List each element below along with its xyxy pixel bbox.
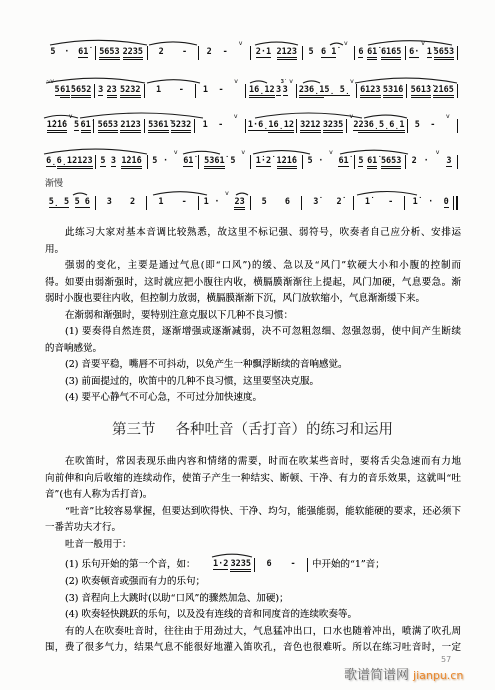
note-group: 1·2 [213, 560, 228, 570]
note-group: 5232 [120, 86, 140, 98]
note-group: 3 [107, 198, 112, 207]
note-group: 2 [412, 157, 417, 166]
breath-mark-icon: v [329, 149, 333, 155]
note-group: 6 1̇ [321, 48, 336, 58]
note-group: 61̇ [81, 121, 91, 133]
text-line: 得。如要由弱渐强时，这时就应把小腹往内收，横膈膜渐渐往上提起，风门加硬，气息要急… [45, 275, 461, 292]
slur-layer [0, 107, 495, 119]
measure: 5361̇5v [199, 155, 251, 169]
measure: 2·12123 [251, 46, 303, 60]
slur-arc-icon [357, 192, 417, 196]
score-row-2: ~v561̇565232352321-1-v16̣1233̇3v236̣15̣ … [44, 84, 458, 100]
note-group: 2123 [277, 48, 297, 60]
note-group: · [424, 157, 429, 166]
note-group: 5 [308, 157, 313, 166]
slur-arc-icon [46, 78, 145, 83]
note-group: 61̇ [78, 48, 88, 58]
measure: 2·v3 [406, 155, 458, 169]
list-item: (4) 要平心静气不可心急，不可过分加快速度。 [45, 390, 461, 407]
note-group: 3235 [230, 560, 250, 572]
measure: 1·v23 [199, 196, 251, 210]
note-group: 23 [358, 121, 368, 133]
slur-arc-icon [330, 43, 343, 45]
measure: 6- [255, 558, 308, 572]
note-group: 3 [446, 157, 451, 167]
slur-layer [0, 143, 495, 155]
measure: 3̇2̇ [302, 196, 354, 210]
dash-extension: - [182, 48, 187, 57]
note-group: 6 [358, 48, 363, 58]
note-group: 6 [266, 560, 271, 569]
measure: 3235232 [95, 84, 146, 98]
note-group: 61̇ [367, 157, 377, 169]
note-group: 2̇165 [433, 86, 453, 98]
text-line: 有的人在吹奏吐音时，往往由于用劲过大，气息猛冲出口，口水也随着冲出，喷满了吹孔周 [45, 624, 461, 641]
measure: 1-v [195, 119, 245, 133]
measure: 5̣ 55 6 [44, 196, 96, 210]
note-group: 5232 [171, 121, 191, 133]
note-group: 61̇ [367, 48, 377, 60]
note-group: 5653 [434, 48, 454, 60]
text-line: 音”(也有人称为舌打音)。 [45, 487, 461, 504]
text-line: 此练习大家对基本音调比较熟悉，故这里不标记强、弱符号，吹奏者自己应分析、安排运 [45, 225, 461, 242]
note-group: 1̇2̇1̇6 [277, 157, 297, 169]
note-group: 3 [111, 157, 116, 167]
breath-mark-icon: v [234, 78, 238, 84]
score-row-1: 5·61̇565322352-2-v2·1212356 1̇v661̇61656… [44, 46, 458, 62]
measure: 6123531̇6 [357, 84, 408, 98]
breath-mark-icon: v [349, 113, 353, 119]
measure: 5·v61̇ [148, 155, 200, 169]
text-line: 在吹笛时，常因表现乐曲内容和情绪的需要，时而在吹某些音时，要将舌尖急速而有力地 [45, 454, 461, 471]
list-item: (2) 音要平稳，嘴唇不可抖动，以免产生一种飘浮断续的音响感觉。 [45, 357, 461, 374]
text-line: 在渐弱和渐强时，要特别注意克服以下几种不良习惯： [45, 308, 461, 325]
note-group: 16̣12 [268, 121, 294, 133]
breath-mark-icon: ~v [46, 78, 54, 84]
slur-arc-icon [44, 115, 78, 118]
measure: 5·v61̇ [303, 155, 355, 169]
note-group: 6123 [360, 86, 380, 98]
note-group: 16̣12 [249, 86, 275, 98]
measure: 56 [251, 196, 303, 210]
breath-mark-icon: v [234, 113, 238, 119]
note-group: 1̇2̇1̇6 [121, 157, 141, 169]
note-group: 5652 [71, 86, 91, 98]
measure-final-barline: 1̇·0 [405, 196, 458, 210]
note-group: 6 [285, 198, 290, 207]
text-line: 吐音一般用于： [45, 537, 461, 554]
dash-extension: - [179, 86, 184, 95]
slur-arc-icon [364, 115, 407, 118]
note-group: · [214, 198, 219, 207]
note-group: 5653 [381, 157, 401, 169]
measure: 531̇2̇1̇6 [96, 155, 148, 169]
breath-mark-icon: v [350, 78, 354, 84]
note-group: 2 [159, 48, 164, 57]
note-group: 5653 [98, 121, 118, 133]
breath-mark-icon: v [69, 113, 73, 119]
section-title: 各种吐音（舌打音）的练习和运用 [176, 422, 394, 438]
slur-arc-icon [355, 78, 457, 83]
slur-arc-icon [303, 81, 320, 83]
text-line: 向前伸和向后收缩的连续动作，使笛子产生一种结实、断顿、干净、有力的音乐效果，这就… [45, 471, 461, 488]
measure: 16̣1233̇3v [246, 84, 297, 98]
note-group: 5 [50, 48, 55, 57]
slur-arc-icon [73, 193, 87, 195]
list-item: (4) 吹奏轻快跳跃的乐句，以及没有连线的音和同度音的连续吹奏等。 [45, 607, 461, 624]
note-group: 2 [130, 198, 135, 207]
text-line: 弱时小腹也要往内收，但控制力放弱，横膈膜渐渐下沉，风门放软缩小，气息渐渐缓下来。 [45, 291, 461, 308]
note-group: 5 [230, 157, 235, 166]
note-group: 5361̇ [148, 121, 168, 133]
note-group: · [428, 198, 433, 207]
note-group: 5 [308, 48, 313, 57]
note-group: 3235 [323, 121, 343, 133]
watermark-site-name: 歌谱简谱网 [344, 668, 409, 683]
slur-arc-icon [340, 150, 408, 154]
note-group: 3 [98, 86, 103, 96]
measure: 5361̇5232 [145, 119, 195, 133]
breath-mark-icon: v [174, 149, 178, 155]
text-line: 用。 [45, 242, 461, 259]
usage-item-1-text: (1) 乐句开始的第一个音，如： [65, 557, 195, 574]
watermark-domain: jianpu.cn [413, 669, 463, 682]
measure: 2-v [199, 46, 251, 60]
note-group: 5̣ 5̣ [324, 86, 350, 96]
dash-extension: - [182, 198, 187, 207]
list-item-continuation: 的音响感觉。 [45, 341, 461, 358]
measure: 561̇3̇2̇165 [407, 84, 458, 98]
dash-extension: - [218, 121, 223, 130]
dash-extension: - [218, 86, 223, 95]
measure: 6̣6̣12123 [44, 155, 96, 169]
slur-arc-icon [253, 151, 310, 154]
grace-note: 3̇ [281, 79, 284, 85]
note-group: 1·6̣ [248, 121, 268, 131]
dash-extension: - [290, 560, 295, 569]
section-number: 第三节 [112, 422, 156, 438]
dash-extension: - [223, 48, 228, 57]
measure: 661̇6165 [355, 46, 407, 60]
measure: 236̣15̣ 5̣v [297, 84, 357, 98]
breath-mark-icon: v [421, 40, 425, 46]
measure: 1-v [196, 84, 247, 98]
note-group: 1̇2̇1̇6 [47, 121, 67, 133]
measure: ~v561̇5652 [44, 84, 95, 98]
slur-arc-icon [80, 113, 203, 118]
note-group: 6165 [381, 48, 401, 60]
note-group: 5 6 [75, 198, 90, 208]
measure: 5·61̇ [44, 46, 96, 60]
note-group: 2123 [72, 157, 92, 169]
note-group: 23 [234, 198, 244, 210]
note-group: 1 [203, 121, 208, 130]
usage-item-1-suffix: 中开始的“1”音； [312, 557, 385, 574]
note-group: 5 [358, 157, 363, 167]
measure: 1̇·2̇1̇2̇1̇6 [251, 155, 303, 169]
measure: 56532123 [94, 119, 144, 133]
list-item: (1) 要奏得自然连贯，逐渐增强或逐渐减弱，决不可忽粗忽细、忽强忽弱，使中间产生… [45, 324, 461, 341]
breath-mark-icon: v [446, 113, 450, 119]
slur-arc-icon [153, 192, 207, 195]
note-group: 2 [207, 48, 212, 57]
text-line: 强弱的变化，主要是通过气息(即“口风”)的缓、急以及“风门”软硬大小和小腹的控制… [45, 258, 461, 275]
note-group: 5361̇ [204, 157, 224, 169]
usage-item-1: (1) 乐句开始的第一个音，如： 1·232356- 中开始的“1”音； [0, 557, 495, 575]
section-intro: 在吹笛时，常因表现乐曲内容和情绪的需要，时而在吹某些音时，要将舌尖急速而有力地 … [45, 454, 461, 553]
dash-extension: - [388, 198, 393, 207]
slur-arc-icon [236, 193, 248, 195]
breath-mark-icon: v [344, 40, 348, 46]
note-group: 5 [100, 157, 105, 167]
measure: 5-v [408, 119, 458, 133]
breath-mark-icon: v [225, 190, 229, 196]
measure: 32123235 [297, 119, 347, 133]
section-heading: 第三节各种吐音（舌打音）的练习和运用 [112, 421, 393, 439]
score-row-5: 5̣ 55 6321-1·v23563̇2̇1̇-1̇·0 [44, 196, 458, 212]
measure: 561̇5653 [355, 155, 407, 169]
note-group: 1̇ [427, 48, 432, 58]
note-group: 61̇ [183, 157, 193, 167]
slur-layer [0, 184, 495, 196]
note-group: 3̇3 [283, 86, 288, 96]
note-group: · [163, 157, 168, 166]
slur-arc-icon [255, 42, 298, 45]
measure: 1̇2̇1̇6v561̇ [44, 119, 94, 133]
note-group: 2·1 [256, 48, 271, 58]
measure: 2- [148, 46, 200, 60]
note-group: 5653 [99, 48, 119, 60]
dash-extension: - [430, 121, 435, 130]
slur-arc-icon [44, 149, 147, 154]
note-group: 5 [262, 198, 267, 207]
note-group: 23 [107, 86, 117, 98]
note-group: 61̇ [60, 86, 70, 98]
slur-arc-icon [50, 40, 147, 45]
note-group: 5 [55, 86, 60, 96]
note-group: 1̇ [365, 198, 370, 207]
note-group: · [318, 157, 323, 166]
list-item: (3) 音程向上大跳时(以助“口风”的骤然加急、加硬)； [45, 591, 461, 608]
note-group: 5 [152, 157, 157, 166]
inline-notation-example: 1·232356- [210, 558, 308, 574]
note-group: · [64, 48, 69, 57]
note-group: 236̣1 [299, 86, 325, 98]
note-group: 6̣1 [57, 157, 72, 169]
list-item: (2) 吹奏顿音或强而有力的乐句； [45, 574, 461, 591]
measure: 56 1̇v [303, 46, 355, 60]
breath-mark-icon: v [239, 40, 243, 46]
scanned-book-page: 5·61̇565322352-2-v2·1212356 1̇v661̇61656… [0, 0, 495, 690]
note-group: 1 [204, 198, 209, 207]
breath-mark-icon: v [289, 78, 293, 84]
practice-notes: 此练习大家对基本音调比较熟悉，故这里不标记强、弱符号，吹奏者自己应分析、安排运 … [45, 225, 461, 407]
note-group: 3 [276, 86, 281, 96]
slur-arc-icon [149, 42, 197, 45]
measure: 32 [96, 196, 148, 210]
breath-mark-icon: v [436, 149, 440, 155]
slur-arc-icon [212, 554, 252, 557]
slur-layer [0, 72, 495, 84]
note-group: 5 [74, 121, 79, 131]
tempo-marking: 渐慢 [45, 178, 63, 190]
measure: v2236̣5̣6̣1 [347, 119, 407, 133]
note-group: 61̇ [338, 157, 348, 167]
slur-arc-icon [147, 80, 200, 83]
note-group: 561̇3̇ [411, 86, 431, 98]
text-line: “吐音”比较容易掌握，但要达到吹得快、干净、均匀，能强能弱，能软能硬的要求，还必… [45, 504, 461, 521]
measure: 1̇- [354, 196, 406, 210]
note-group: 3212 [300, 121, 320, 133]
measure: 1- [147, 196, 199, 210]
note-group: 2235 [123, 48, 143, 60]
note-group: 0 [444, 198, 449, 208]
note-group: 1̇ [413, 198, 418, 207]
score-row-4: 6̣6̣12123531̇2̇1̇65·v61̇5361̇5v1̇·2̇1̇2̇… [44, 155, 458, 171]
watermark: 歌谱简谱网jianpu.cn [344, 664, 463, 683]
slur-arc-icon [250, 81, 267, 83]
measure: 1·6̣16̣12 [246, 119, 297, 133]
measure: 56532235 [96, 46, 148, 60]
usage-list-and-closing: (2) 吹奏顿音或强而有力的乐句； (3) 音程向上大跳时(以助“口风”的骤然加… [45, 574, 461, 657]
measure: 1- [145, 84, 196, 98]
slur-arc-icon [368, 41, 452, 45]
text-line: 一番苦功夫才行。 [45, 520, 461, 537]
score-row-3: 1̇2̇1̇6v561̇565321235361̇52321-v1·6̣16̣1… [44, 119, 458, 135]
note-group: 1 [158, 198, 163, 207]
note-group: 5̣ 5 [49, 198, 69, 208]
note-group: 6̣ [46, 157, 56, 167]
note-group: 2̇ [337, 198, 342, 207]
note-group: 531̇6 [383, 86, 403, 98]
measure: 6·v1̇5653 [406, 46, 458, 60]
list-item: (3) 前面提过的，吹笛中的几种不良习惯，这里要坚决克服。 [45, 374, 461, 391]
breath-mark-icon: v [241, 149, 245, 155]
slur-arc-icon [255, 113, 362, 118]
page-number: 57 [441, 655, 451, 664]
note-group: 3̇ [313, 198, 318, 207]
text-line: 围，费了很多气力，结果气息不能很好地灌入笛吹孔，音色也很难听。所以在练习吐音时，… [45, 640, 461, 657]
slur-arc-icon [183, 151, 220, 154]
note-group: 5 [415, 121, 420, 130]
note-group: 1̇·2̇ [256, 157, 271, 167]
note-group: 1 [203, 86, 208, 95]
note-group: 6· [409, 48, 419, 58]
note-group: 1 [156, 86, 161, 95]
measure: 1·23235 [210, 558, 255, 572]
note-group: 6̣5̣6̣1 [369, 121, 405, 133]
note-group: 2123 [120, 121, 140, 133]
